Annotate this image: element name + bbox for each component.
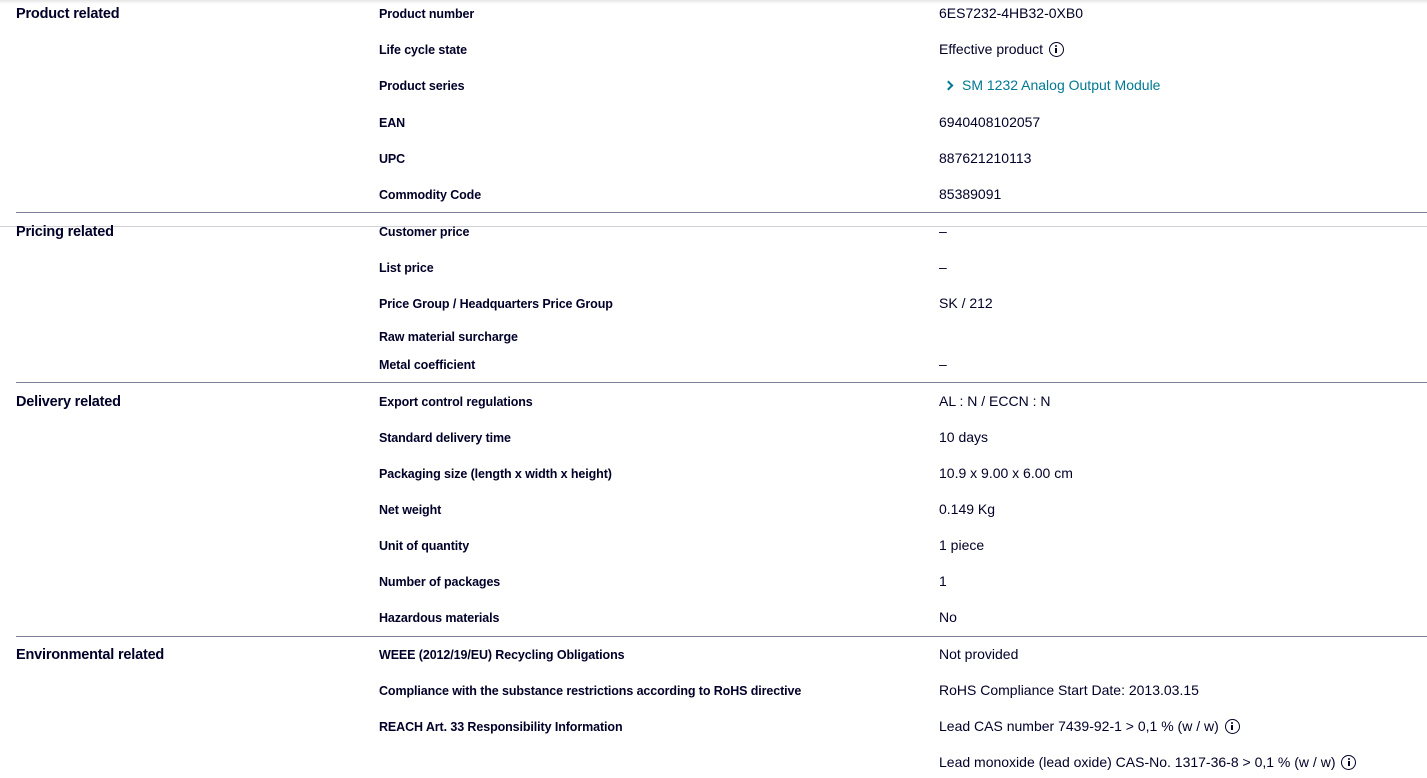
row-label: UPC — [379, 152, 405, 166]
row-reach-continued: Lead monoxide (lead oxide) CAS-No. 1317-… — [379, 756, 1411, 776]
row-weee: WEEE (2012/19/EU) Recycling Obligations … — [379, 648, 1411, 668]
row-label: Price Group / Headquarters Price Group — [379, 297, 613, 311]
row-label: Commodity Code — [379, 188, 481, 202]
row-value: 6940408102057 — [939, 114, 1040, 130]
row-value: – — [939, 259, 947, 275]
row-value: No — [939, 609, 957, 625]
row-value: 6ES7232-4HB32-0XB0 — [939, 5, 1083, 21]
row-label: Unit of quantity — [379, 539, 469, 553]
section-title: Pricing related — [16, 224, 114, 240]
row-list-price: List price – — [379, 261, 1411, 281]
section-title: Delivery related — [16, 394, 121, 410]
row-label: Product number — [379, 7, 474, 21]
row-label: Raw material surcharge — [379, 330, 518, 344]
rohs-value: RoHS Compliance Start Date: 2013.03.15 — [939, 682, 1199, 698]
row-value: 85389091 — [939, 186, 1001, 202]
row-label: Number of packages — [379, 575, 500, 589]
row-value: 1 piece — [939, 537, 984, 553]
row-label: Net weight — [379, 503, 441, 517]
unit-of-quantity-value: 1 piece — [939, 537, 984, 553]
info-icon[interactable] — [1341, 755, 1356, 770]
row-commodity-code: Commodity Code 85389091 — [379, 188, 1411, 208]
row-value: Effective product — [939, 41, 1064, 57]
row-metal-coefficient: Metal coefficient – — [379, 358, 1411, 378]
row-product-number: Product number 6ES7232-4HB32-0XB0 — [379, 7, 1411, 27]
section-divider — [16, 382, 1427, 383]
row-value: RoHS Compliance Start Date: 2013.03.15 — [939, 682, 1199, 698]
row-net-weight: Net weight 0.149 Kg — [379, 503, 1411, 523]
row-value: 1 — [939, 573, 947, 589]
row-label: Standard delivery time — [379, 431, 511, 445]
row-label: REACH Art. 33 Responsibility Information — [379, 720, 622, 734]
metal-coefficient-value: – — [939, 356, 947, 372]
commodity-code-value: 85389091 — [939, 186, 1001, 202]
row-label: WEEE (2012/19/EU) Recycling Obligations — [379, 648, 624, 662]
row-label: Life cycle state — [379, 43, 467, 57]
row-product-series: Product series SM 1232 Analog Output Mod… — [379, 79, 1411, 99]
delivery-time-value: 10 days — [939, 429, 988, 445]
customer-price-value: – — [939, 223, 947, 239]
row-value: 10 days — [939, 429, 988, 445]
row-value: Not provided — [939, 646, 1018, 662]
product-series-link-text: SM 1232 Analog Output Module — [962, 77, 1160, 93]
row-label: Product series — [379, 79, 464, 93]
row-ean: EAN 6940408102057 — [379, 116, 1411, 136]
number-of-packages-value: 1 — [939, 573, 947, 589]
row-value: AL : N / ECCN : N — [939, 393, 1051, 409]
row-hazardous-materials: Hazardous materials No — [379, 611, 1411, 631]
hazardous-materials-value: No — [939, 609, 957, 625]
reach-lead-oxide-value: Lead monoxide (lead oxide) CAS-No. 1317-… — [939, 754, 1335, 770]
row-standard-delivery-time: Standard delivery time 10 days — [379, 431, 1411, 451]
row-label: Hazardous materials — [379, 611, 499, 625]
export-control-value: AL : N / ECCN : N — [939, 393, 1051, 409]
row-label: Customer price — [379, 225, 469, 239]
row-reach: REACH Art. 33 Responsibility Information… — [379, 720, 1411, 740]
product-series-link[interactable]: SM 1232 Analog Output Module — [939, 77, 1160, 93]
ean-value: 6940408102057 — [939, 114, 1040, 130]
row-label: List price — [379, 261, 434, 275]
row-value: 0.149 Kg — [939, 501, 995, 517]
row-label: EAN — [379, 116, 405, 130]
price-group-value: SK / 212 — [939, 295, 993, 311]
info-icon[interactable] — [1225, 719, 1240, 734]
list-price-value: – — [939, 259, 947, 275]
row-upc: UPC 887621210113 — [379, 152, 1411, 172]
section-title: Product related — [16, 6, 119, 22]
packaging-size-value: 10.9 x 9.00 x 6.00 cm — [939, 465, 1073, 481]
section-divider — [16, 636, 1427, 637]
chevron-right-icon — [944, 80, 954, 90]
row-label: Compliance with the substance restrictio… — [379, 684, 801, 698]
row-value: SK / 212 — [939, 295, 993, 311]
row-rohs: Compliance with the substance restrictio… — [379, 684, 1411, 704]
row-value: Lead monoxide (lead oxide) CAS-No. 1317-… — [939, 754, 1356, 770]
row-number-of-packages: Number of packages 1 — [379, 575, 1411, 595]
row-value: 887621210113 — [939, 150, 1031, 166]
weee-value: Not provided — [939, 646, 1018, 662]
row-unit-of-quantity: Unit of quantity 1 piece — [379, 539, 1411, 559]
net-weight-value: 0.149 Kg — [939, 501, 995, 517]
row-price-group: Price Group / Headquarters Price Group S… — [379, 297, 1411, 317]
life-cycle-value: Effective product — [939, 41, 1043, 57]
reach-lead-value: Lead CAS number 7439-92-1 > 0,1 % (w / w… — [939, 718, 1219, 734]
row-life-cycle-state: Life cycle state Effective product — [379, 43, 1411, 63]
row-label: Metal coefficient — [379, 358, 475, 372]
row-label: Packaging size (length x width x height) — [379, 467, 612, 481]
row-value: SM 1232 Analog Output Module — [939, 77, 1160, 93]
row-export-control: Export control regulations AL : N / ECCN… — [379, 395, 1411, 415]
row-value: 10.9 x 9.00 x 6.00 cm — [939, 465, 1073, 481]
top-shadow — [0, 0, 1427, 4]
section-divider — [16, 212, 1427, 213]
row-packaging-size: Packaging size (length x width x height)… — [379, 467, 1411, 487]
section-title: Environmental related — [16, 647, 164, 663]
row-customer-price: Customer price – — [379, 225, 1411, 245]
row-label: Export control regulations — [379, 395, 533, 409]
row-value: – — [939, 223, 947, 239]
row-raw-material-surcharge: Raw material surcharge — [379, 330, 1411, 350]
upc-value: 887621210113 — [939, 150, 1031, 166]
row-value: – — [939, 356, 947, 372]
product-number-value: 6ES7232-4HB32-0XB0 — [939, 5, 1083, 21]
row-value: Lead CAS number 7439-92-1 > 0,1 % (w / w… — [939, 718, 1240, 734]
info-icon[interactable] — [1049, 42, 1064, 57]
